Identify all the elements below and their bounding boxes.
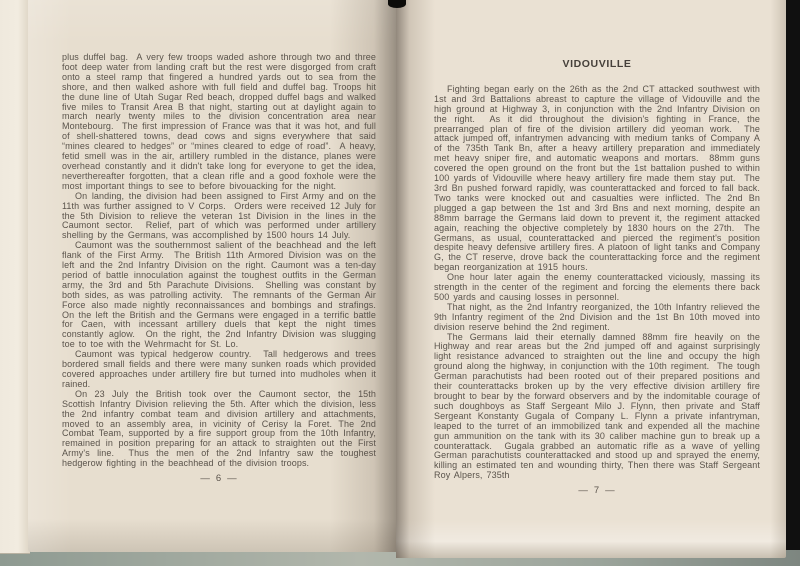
page-paragraph: On 23 July the British took over the Cau… <box>62 390 376 469</box>
left-page: plus duffel bag. A very few troops waded… <box>28 0 396 552</box>
page-paragraph: plus duffel bag. A very few troops waded… <box>62 53 376 192</box>
page-paragraph: Fighting began early on the 26th as the … <box>434 85 760 273</box>
right-page: VIDOUVILLE Fighting began early on the 2… <box>396 0 786 558</box>
page-paragraph: One hour later again the enemy counterat… <box>434 273 760 303</box>
page-number-right: — 7 — <box>434 486 760 496</box>
page-paragraph: The Germans laid their eternally damned … <box>434 333 760 482</box>
page-paragraph: That night, as the 2nd Infantry reorgani… <box>434 303 760 333</box>
right-page-text: VIDOUVILLE Fighting began early on the 2… <box>434 60 760 496</box>
page-paragraph: On landing, the division had been assign… <box>62 192 376 242</box>
left-page-text: plus duffel bag. A very few troops waded… <box>62 53 376 484</box>
chapter-title: VIDOUVILLE <box>434 60 760 70</box>
page-paragraph: Caumont was typical hedgerow country. Ta… <box>62 350 376 390</box>
page-paragraph: Caumont was the southernmost salient of … <box>62 241 376 350</box>
book-spine-notch <box>388 0 406 8</box>
underlying-page-edge <box>0 0 30 554</box>
page-number-left: — 6 — <box>62 474 376 484</box>
